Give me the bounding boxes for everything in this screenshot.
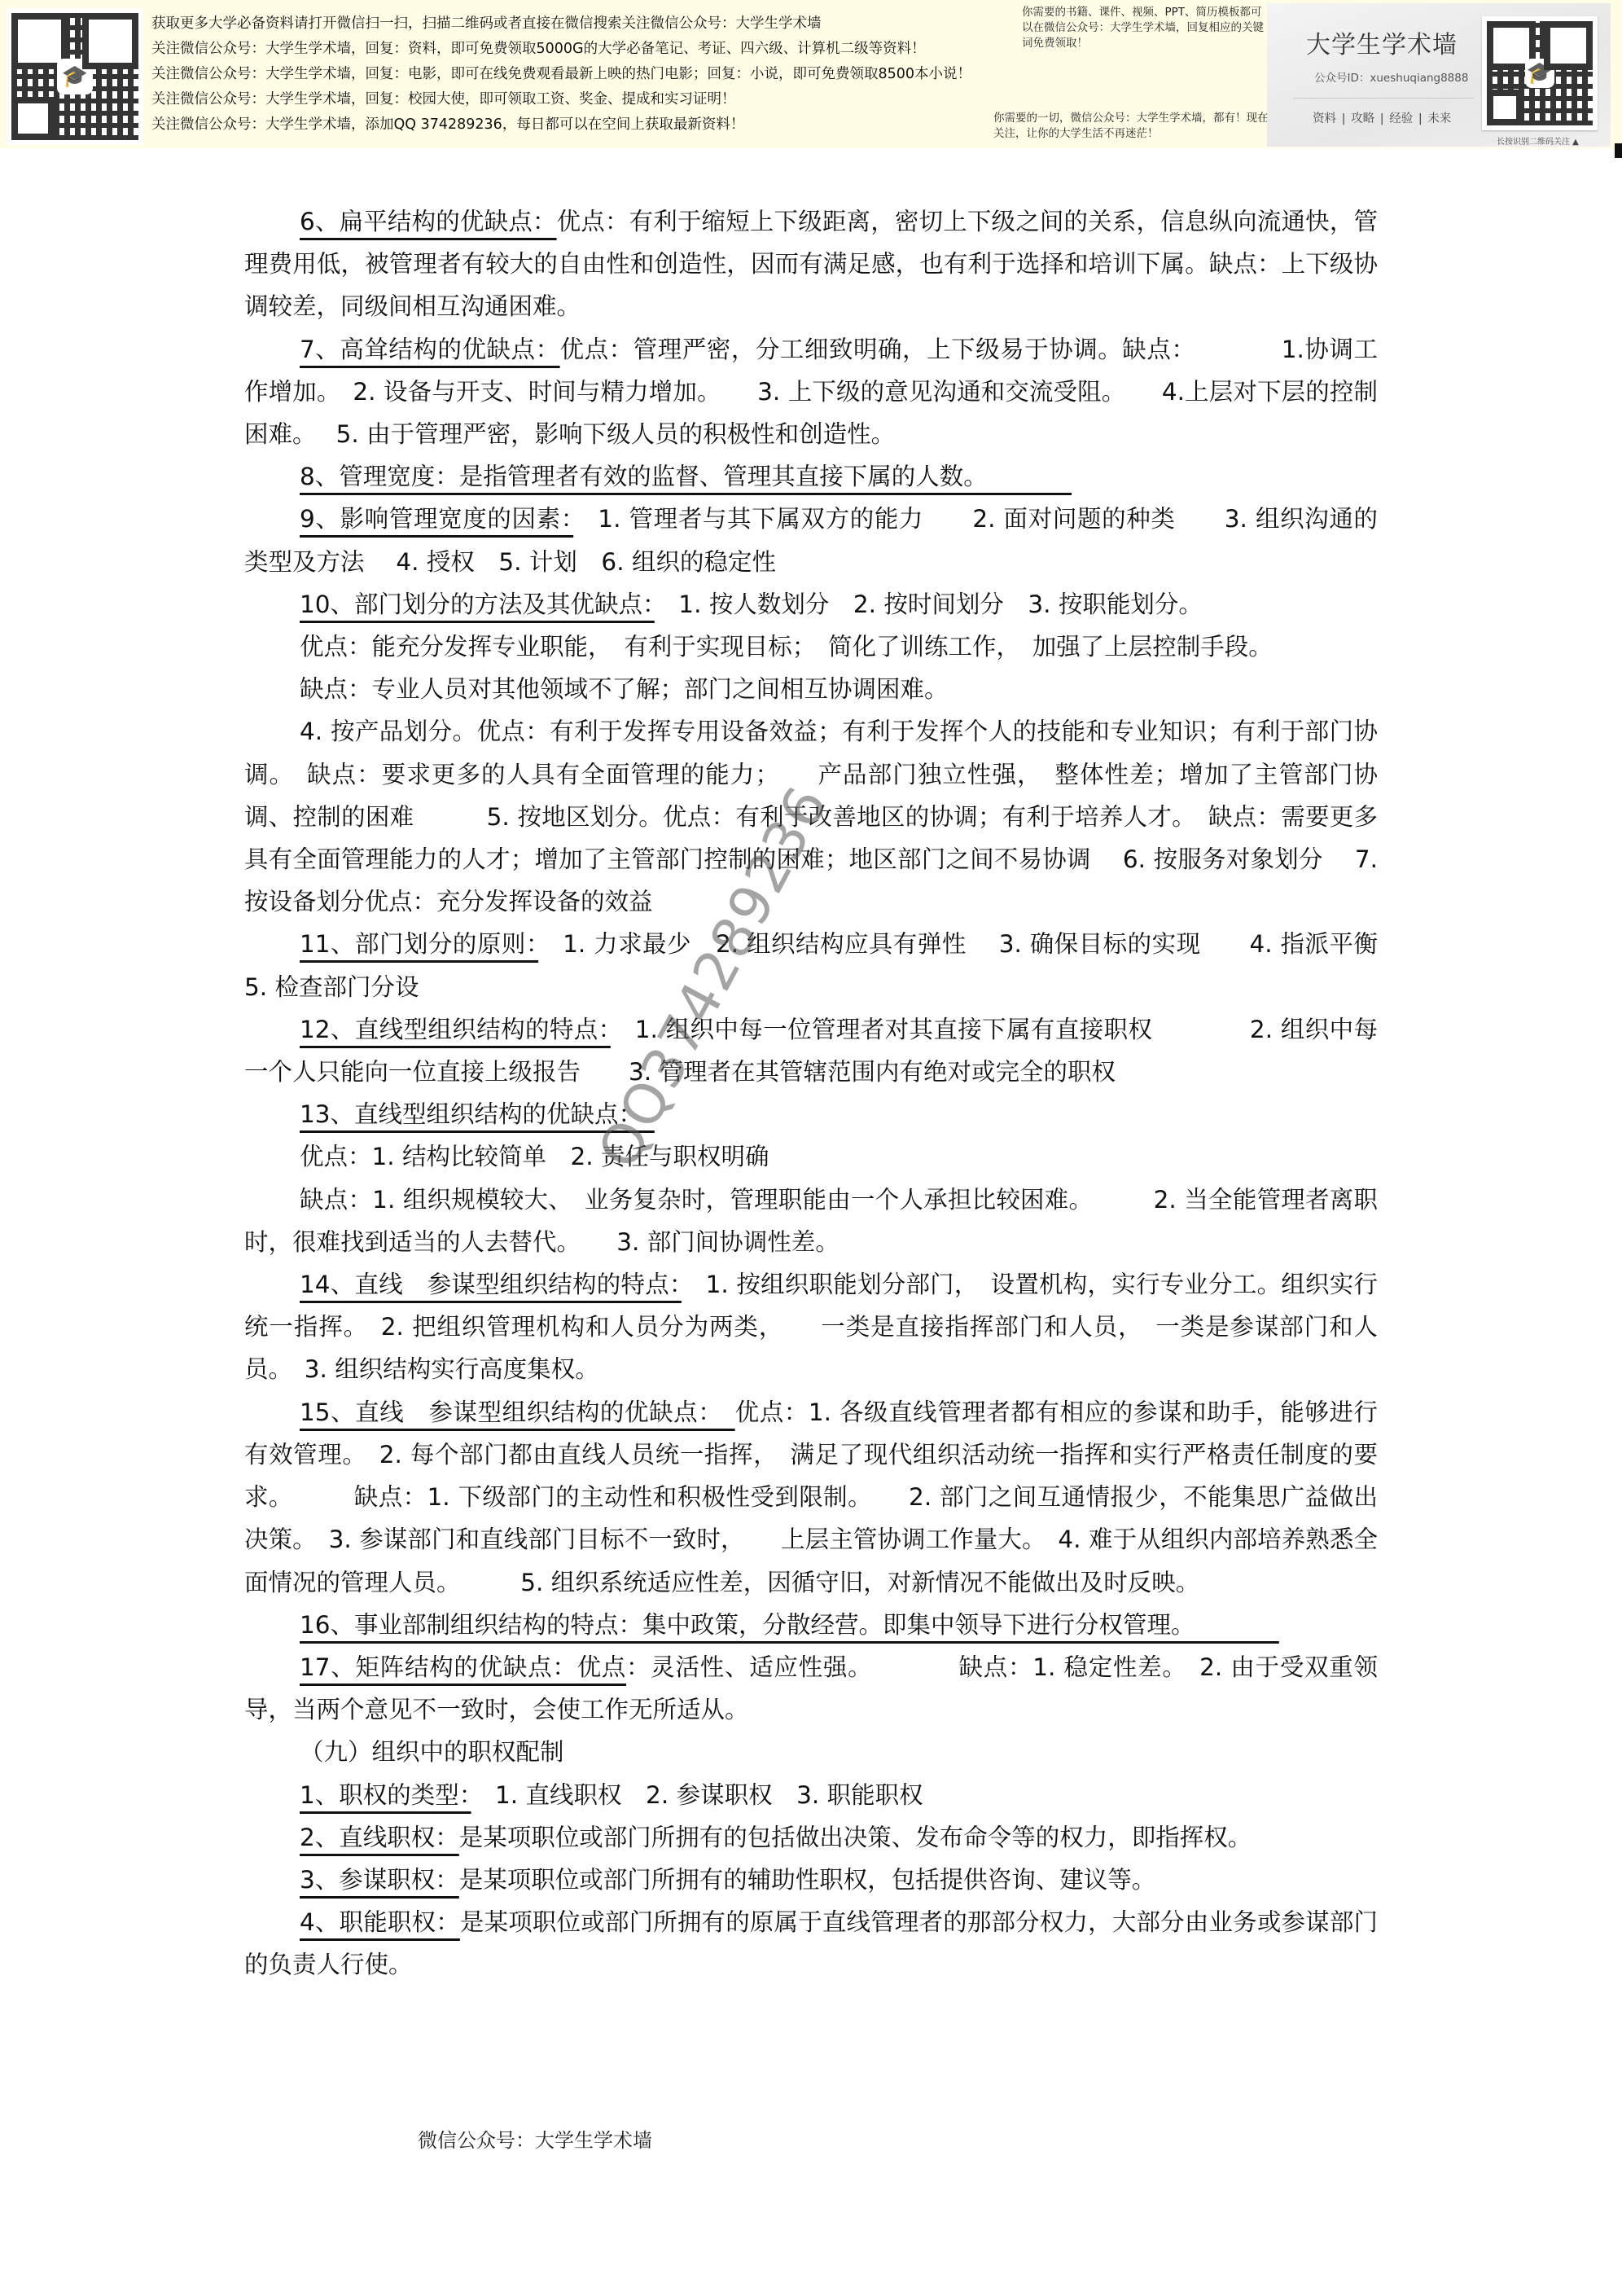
paragraph-heading: 16、事业部制组织结构的特点：集中政策，分散经营。即集中领导下进行分权管理。 [300,1611,1279,1639]
promo-banner: 🎓 获取更多大学必备资料请打开微信扫一扫，扫描二维码或者直接在微信搜索关注微信公… [0,0,1622,148]
qr-code-graduation-cap-icon: 🎓 [1487,21,1593,125]
banner-line: 获取更多大学必备资料请打开微信扫一扫，扫描二维码或者直接在微信搜索关注微信公众号… [151,11,1015,37]
paragraph-heading: 1、职权的类型： [300,1781,471,1809]
paragraph-text: 优点：1. 各级直线管理者都有相应的参谋和助手，能够进行有效管理。 2. 每个部… [244,1398,1378,1596]
paragraph-line-structure-pros: 优点：1. 结构比较简单 2. 责任与职权明确 [244,1135,1378,1178]
paragraph-staff-authority: 3、参谋职权：是某项职位或部门所拥有的辅助性职权，包括提供咨询、建议等。 [244,1859,1378,1901]
qr-code-right: 🎓 [1482,16,1598,130]
graduation-cap-icon: 🎓 [57,59,93,94]
paragraph-line-authority: 2、直线职权：是某项职位或部门所拥有的包括做出决策、发布命令等的权力，即指挥权。 [244,1816,1378,1859]
paragraph-heading: 7、高耸结构的优缺点： [300,336,560,363]
banner-line: 关注微信公众号：大学生学术墙，添加QQ 374289236，每日都可以在空间上获… [151,112,1015,138]
paragraph-functional-pros: 优点：能充分发挥专业职能， 有利于实现目标； 简化了训练工作， 加强了上层控制手… [244,626,1378,668]
account-card-id: 公众号ID：xueshuqiang8888 [1314,68,1468,85]
paragraph-heading: 4、职能职权： [300,1908,460,1936]
paragraph-heading: 11、部门划分的原则： [300,930,538,958]
banner-lines: 获取更多大学必备资料请打开微信扫一扫，扫描二维码或者直接在微信搜索关注微信公众号… [151,11,1015,138]
paragraph-line-staff-pros-cons: 15、直线 参谋型组织结构的优缺点： 优点：1. 各级直线管理者都有相应的参谋和… [244,1391,1378,1604]
paragraph-functional-authority: 4、职能职权：是某项职位或部门所拥有的原属于直线管理者的那部分权力，大部分由业务… [244,1901,1378,1986]
paragraph-text: 是某项职位或部门所拥有的包括做出决策、发布命令等的权力，即指挥权。 [459,1824,1252,1851]
paragraph-line-staff-features: 14、直线 参谋型组织结构的特点： 1. 按组织职能划分部门， 设置机构，实行专… [244,1263,1378,1391]
paragraph-matrix-structure: 17、矩阵结构的优缺点：优点：灵活性、适应性强。 缺点：1. 稳定性差。 2. … [244,1646,1378,1731]
page-edge-mark [1615,143,1622,158]
paragraph-authority-types: 1、职权的类型： 1. 直线职权 2. 参谋职权 3. 职能职权 [244,1774,1378,1816]
account-card: 大学生学术墙 公众号ID：xueshuqiang8888 资料 | 攻略 | 经… [1267,3,1611,147]
paragraph-departmentation-methods: 10、部门划分的方法及其优缺点： 1. 按人数划分 2. 按时间划分 3. 按职… [244,583,1378,626]
account-card-tags: 资料 | 攻略 | 经验 | 未来 [1313,109,1451,126]
paragraph-span-factors: 9、影响管理宽度的因素： 1. 管理者与其下属双方的能力 2. 面对问题的种类 … [244,498,1378,582]
paragraph-heading: 9、影响管理宽度的因素： [300,505,573,533]
section-heading-authority: （九）组织中的职权配制 [244,1731,1378,1773]
page-footer: 微信公众号：大学生学术墙 [418,2124,652,2153]
paragraph-line-structure-features: 12、直线型组织结构的特点： 1. 组织中每一位管理者对其直接下属有直接职权 2… [244,1008,1378,1093]
account-card-divider [1293,98,1474,99]
graduation-cap-icon: 🎓 [1525,59,1554,88]
paragraph-text: 优点：能充分发挥专业职能， 有利于实现目标； 简化了训练工作， 加强了上层控制手… [300,633,1273,661]
qr-code-left: 🎓 [7,8,143,145]
paragraph-text: 缺点：专业人员对其他领域不了解；部门之间相互协调困难。 [300,675,949,703]
paragraph-line-structure-cons: 缺点：1. 组织规模较大、 业务复杂时，管理职能由一个人承担比较困难。 2. 当… [244,1179,1378,1263]
paragraph-functional-cons: 缺点：专业人员对其他领域不了解；部门之间相互协调困难。 [244,668,1378,710]
banner-line: 关注微信公众号：大学生学术墙，回复：电影，即可在线免费观看最新上映的热门电影；回… [151,62,1015,87]
banner-line: 关注微信公众号：大学生学术墙，回复：资料，即可免费领取5000G的大学必备笔记、… [151,37,1015,62]
paragraph-heading: 15、直线 参谋型组织结构的优缺点： [300,1398,735,1426]
paragraph-text: 1. 直线职权 2. 参谋职权 3. 职能职权 [471,1781,923,1809]
paragraph-tall-structure: 7、高耸结构的优缺点：优点：管理严密，分工细致明确，上下级易于协调。缺点： 1.… [244,328,1378,456]
paragraph-departmentation-principles: 11、部门划分的原则： 1. 力求最少 2. 组织结构应具有弹性 3. 确保目标… [244,923,1378,1008]
account-card-title: 大学生学术墙 [1306,24,1458,60]
paragraph-heading: 17、矩阵结构的优缺点：优点 [300,1653,626,1681]
banner-side-note-bottom: 你需要的一切，微信公众号：大学生学术墙，都有！现在关注，让你的大学生活不再迷茫！ [993,111,1270,142]
paragraph-text: 1. 按人数划分 2. 按时间划分 3. 按职能划分。 [655,590,1203,618]
paragraph-heading: 10、部门划分的方法及其优缺点： [300,590,655,618]
paragraph-text: 缺点：1. 组织规模较大、 业务复杂时，管理职能由一个人承担比较困难。 2. 当… [244,1186,1378,1256]
qr-code-graduation-cap-icon: 🎓 [11,13,138,140]
paragraph-line-structure-pros-cons: 13、直线型组织结构的优缺点： [244,1093,1378,1135]
qr-caption: 长按识别二维码关注 ▲ [1497,134,1579,147]
paragraph-heading: 3、参谋职权： [300,1866,459,1894]
section-title: （九）组织中的职权配制 [300,1738,564,1766]
paragraph-flat-structure: 6、扁平结构的优缺点：优点：有利于缩短上下级距离，密切上下级之间的关系，信息纵向… [244,200,1378,328]
paragraph-text: 是某项职位或部门所拥有的辅助性职权，包括提供咨询、建议等。 [459,1866,1156,1894]
paragraph-heading: 12、直线型组织结构的特点： [300,1016,611,1043]
paragraph-heading: 6、扁平结构的优缺点： [300,208,557,235]
banner-line: 关注微信公众号：大学生学术墙，回复：校园大使，即可领取工资、奖金、提成和实习证明… [151,87,1015,112]
paragraph-span-of-control: 8、管理宽度：是指管理者有效的监督、管理其直接下属的人数。 [244,455,1378,498]
banner-side-note-top: 你需要的书籍、课件、视频、PPT、简历模板都可以在微信公众号：大学生学术墙，回复… [1022,5,1266,51]
paragraph-heading: 8、管理宽度：是指管理者有效的监督、管理其直接下属的人数。 [300,463,1072,490]
document-body: 6、扁平结构的优缺点：优点：有利于缩短上下级距离，密切上下级之间的关系，信息纵向… [244,200,1378,1987]
paragraph-heading: 14、直线 参谋型组织结构的特点： [300,1271,682,1298]
paragraph-heading: 2、直线职权： [300,1824,459,1851]
paragraph-divisional-structure: 16、事业部制组织结构的特点：集中政策，分散经营。即集中领导下进行分权管理。 [244,1604,1378,1646]
paragraph-text: 优点：1. 结构比较简单 2. 责任与职权明确 [300,1143,769,1170]
